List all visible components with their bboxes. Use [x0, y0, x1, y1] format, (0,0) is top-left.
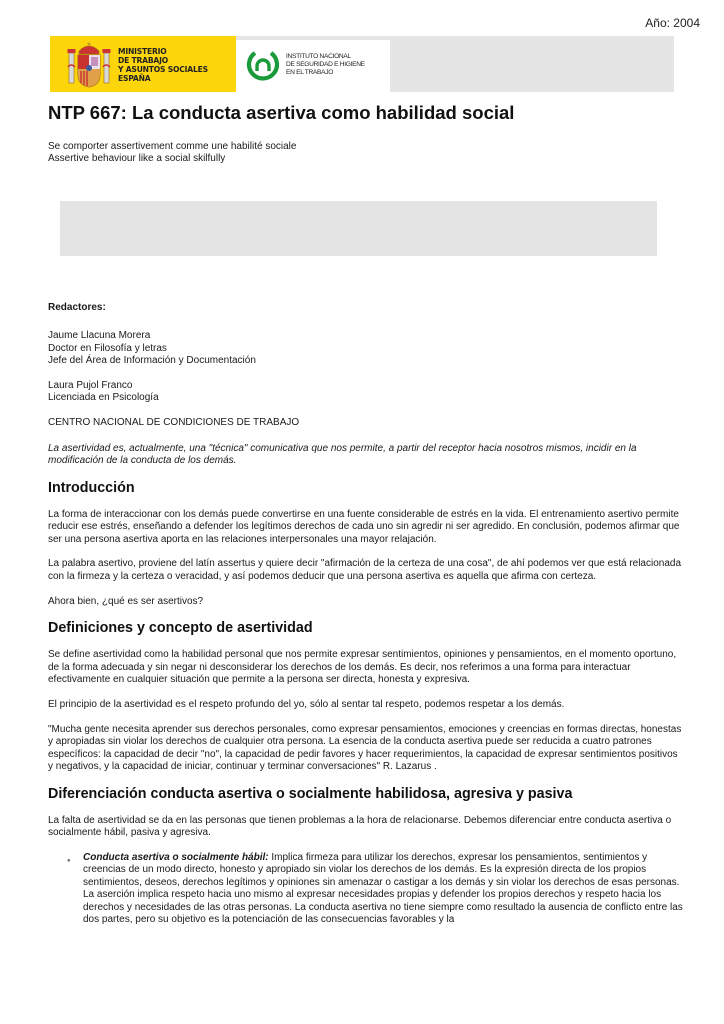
- placeholder-box: [60, 201, 657, 256]
- author-block: Laura Pujol Franco Licenciada en Psicolo…: [48, 380, 684, 405]
- author-role: Jefe del Área de Información y Documenta…: [48, 355, 256, 366]
- paragraph: La palabra asertivo, proviene del latín …: [48, 558, 684, 583]
- subtitles: Se comporter assertivement comme une hab…: [48, 141, 296, 165]
- ministry-country: ESPAÑA: [118, 75, 208, 84]
- list-item-term: Conducta asertiva o socialmente hábil:: [83, 852, 269, 863]
- paragraph: El principio de la asertividad es el res…: [48, 699, 684, 711]
- subtitle-french: Se comporter assertivement comme une hab…: [48, 141, 296, 153]
- author-name: Jaume Llacuna Morera: [48, 330, 150, 341]
- section-heading: Introducción: [48, 480, 684, 497]
- paragraph: La falta de asertividad se da en las per…: [48, 815, 684, 840]
- bullet-icon: ●: [67, 855, 71, 867]
- ministry-name: MINISTERIO DE TRABAJO Y ASUNTOS SOCIALES…: [118, 48, 208, 84]
- institute-logo: INSTITUTO NACIONAL DE SEGURIDAD E HIGIEN…: [236, 40, 390, 92]
- author-name: Laura Pujol Franco: [48, 380, 133, 391]
- insht-logo-icon: [246, 49, 280, 83]
- year-label: Año: 2004: [645, 17, 700, 29]
- subtitle-english: Assertive behaviour like a social skilfu…: [48, 153, 296, 165]
- document-body: Redactores: Jaume Llacuna Morera Doctor …: [48, 302, 684, 927]
- paragraph: Se define asertividad como la habilidad …: [48, 649, 684, 686]
- author-block: Jaume Llacuna Morera Doctor en Filosofía…: [48, 330, 684, 367]
- paragraph: Ahora bien, ¿qué es ser asertivos?: [48, 596, 684, 608]
- abstract: La asertividad es, actualmente, una "téc…: [48, 443, 684, 468]
- ministry-logo: MINISTERIO DE TRABAJO Y ASUNTOS SOCIALES…: [50, 36, 236, 92]
- center-name: CENTRO NACIONAL DE CONDICIONES DE TRABAJ…: [48, 417, 684, 429]
- author-degree: Licenciada en Psicología: [48, 392, 159, 403]
- coat-of-arms-icon: [66, 41, 112, 89]
- list-item: ● Conducta asertiva o socialmente hábil:…: [67, 852, 684, 926]
- author-degree: Doctor en Filosofía y letras: [48, 343, 167, 354]
- section-heading: Diferenciación conducta asertiva o socia…: [48, 786, 684, 803]
- paragraph: "Mucha gente necesita aprender sus derec…: [48, 724, 684, 774]
- document-title: NTP 667: La conducta asertiva como habil…: [48, 102, 514, 124]
- paragraph: La forma de interaccionar con los demás …: [48, 509, 684, 546]
- header-banner: MINISTERIO DE TRABAJO Y ASUNTOS SOCIALES…: [50, 36, 674, 92]
- institute-name: INSTITUTO NACIONAL DE SEGURIDAD E HIGIEN…: [286, 53, 365, 77]
- section-heading: Definiciones y concepto de asertividad: [48, 620, 684, 637]
- behavior-list: ● Conducta asertiva o socialmente hábil:…: [48, 852, 684, 926]
- authors-label: Redactores:: [48, 302, 684, 314]
